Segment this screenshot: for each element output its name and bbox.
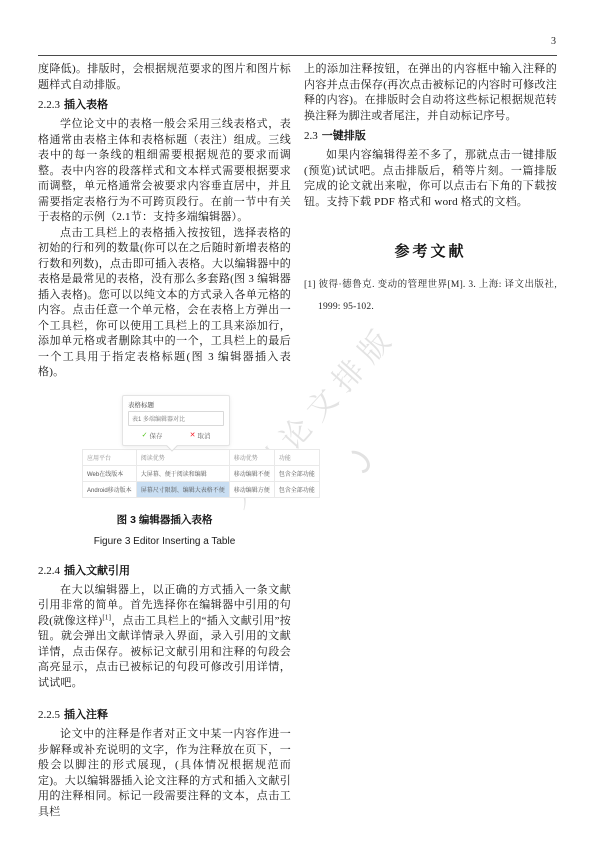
table-cell: Android移动版本 [83,481,137,497]
section-title: 一键排版 [322,130,366,142]
popup-title-label: 表格标题 [128,400,224,409]
check-icon: ✓ [142,431,148,439]
table-cell: 移动编辑不便 [229,465,274,481]
paragraph-continuation: 度降低)。排版时，会根据规范要求的图片和图片标题样式自动排版。 [38,62,291,93]
two-column-layout: 度降低)。排版时，会根据规范要求的图片和图片标题样式自动排版。 2.2.3插入表… [38,62,557,820]
table-header-cell: 移动优势 [229,449,274,465]
section-number: 2.3 [304,130,318,142]
section-heading-2-2-5: 2.2.5插入注释 [38,707,291,723]
table-cell: Web在线版本 [83,465,137,481]
section-number: 2.2.3 [38,99,60,111]
paragraph: 如果内容编辑得差不多了，那就点击一键排版(预览)试试吧。点击排版后，稍等片刻。一… [304,148,557,210]
cancel-label: 取消 [197,431,210,440]
section-heading-2-2-3: 2.2.3插入表格 [38,97,291,113]
table-cell: 大屏幕、便于阅读和编辑 [136,465,229,481]
cross-icon: ✕ [190,431,196,439]
table-cell: 移动编辑方便 [229,481,274,497]
popup-buttons: ✓保存 ✕取消 [128,431,224,440]
table-title-popup: 表格标题 表1 多端编辑器对比 ✓保存 ✕取消 [122,395,230,446]
table-row: Android移动版本 屏幕尺寸限制、编辑大表格不便 移动编辑方便 包含全部功能 [83,481,320,497]
section-title: 插入表格 [64,99,108,111]
page-number: 3 [551,36,556,47]
header-rule [38,55,557,56]
figure-caption-en: Figure 3 Editor Inserting a Table [38,536,291,547]
section-title: 插入注释 [64,709,108,721]
table-cell-highlighted: 屏幕尺寸限制、编辑大表格不便 [136,481,229,497]
paper-page: 3 大以论文排版 度降低)。排版时，会根据规范要求的图片和图片标题样式自动排版。… [0,0,595,842]
figure-editor-screenshot: 表格标题 表1 多端编辑器对比 ✓保存 ✕取消 应用平台 阅读优势 移动优势 功… [38,395,291,547]
left-column: 度降低)。排版时，会根据规范要求的图片和图片标题样式自动排版。 2.2.3插入表… [38,62,291,820]
paragraph: 学位论文中的表格一般会采用三线表格式，表格通常由表格主体和表格标题（表注）组成。… [38,117,291,226]
table-header-cell: 功能 [274,449,319,465]
cancel-button: ✕取消 [190,431,211,440]
section-number: 2.2.4 [38,565,60,577]
save-label: 保存 [149,431,162,440]
section-heading-2-2-4: 2.2.4插入文献引用 [38,563,291,579]
section-number: 2.2.5 [38,709,60,721]
paragraph: 点击工具栏上的表格插入按按钮，选择表格的初始的行和列的数量(你可以在之后随时新增… [38,226,291,381]
table-header-cell: 阅读优势 [136,449,229,465]
editor-comparison-table: 应用平台 阅读优势 移动优势 功能 Web在线版本 大屏幕、便于阅读和编辑 移动… [82,449,320,498]
table-cell: 包含全部功能 [274,481,319,497]
reference-item: [1] 彼得·德鲁克. 变动的管理世界[M]. 3. 上海: 译文出版社, 19… [304,274,557,318]
citation-superscript: [1] [102,613,111,621]
paragraph: 论文中的注释是作者对正文中某一内容作进一步解释或补充说明的文字，作为注释放在页下… [38,727,291,820]
save-button: ✓保存 [142,431,163,440]
section-title: 插入文献引用 [64,565,130,577]
paragraph-continuation: 上的添加注释按钮，在弹出的内容框中输入注释的内容并点击保存(再次点击被标记的内容… [304,62,557,124]
table-row: Web在线版本 大屏幕、便于阅读和编辑 移动编辑不便 包含全部功能 [83,465,320,481]
table-title-input: 表1 多端编辑器对比 [128,411,224,426]
table-cell: 包含全部功能 [274,465,319,481]
section-heading-2-3: 2.3一键排版 [304,128,557,144]
paragraph: 在大以编辑器上，以正确的方式插入一条文献引用非常的简单。首先选择你在编辑器中引用… [38,583,291,692]
figure-caption-zh: 图 3 编辑器插入表格 [38,512,291,527]
references-heading: 参考文献 [304,240,557,261]
table-header-row: 应用平台 阅读优势 移动优势 功能 [83,449,320,465]
table-header-cell: 应用平台 [83,449,137,465]
right-column: 上的添加注释按钮，在弹出的内容框中输入注释的内容并点击保存(再次点击被标记的内容… [304,62,557,820]
